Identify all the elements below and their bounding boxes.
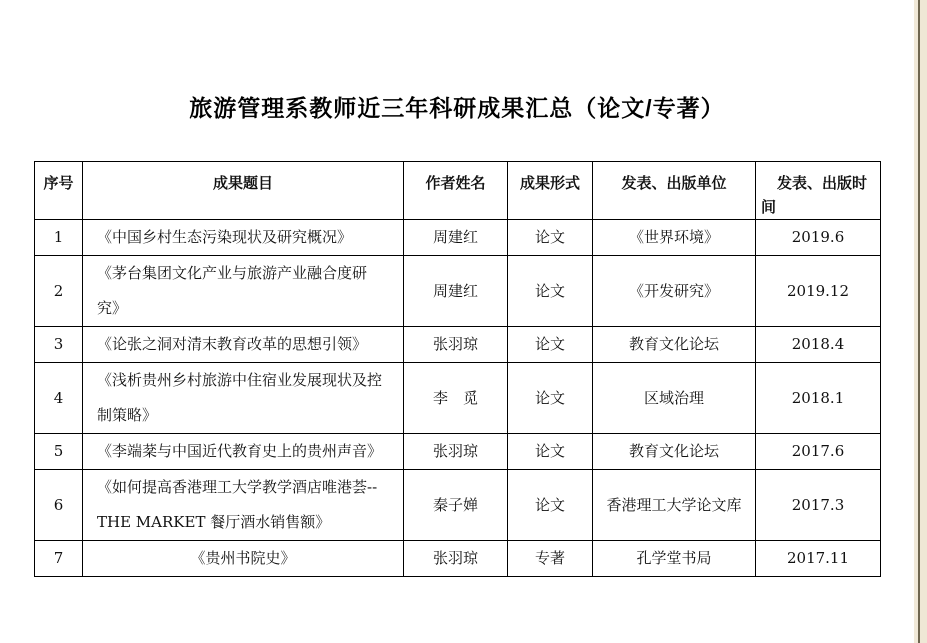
page-edge-strip-light-outer: [920, 0, 927, 643]
cell-title: 《如何提高香港理工大学教学酒店唯港荟--THE MARKET 餐厅酒水销售额》: [83, 470, 404, 541]
cell-publisher: 香港理工大学论文库: [593, 470, 756, 541]
cell-date: 2017.6: [756, 434, 881, 470]
cell-date: 2019.6: [756, 220, 881, 256]
table-row: 4 《浅析贵州乡村旅游中住宿业发展现状及控制策略》 李 觅 论文 区域治理 20…: [35, 363, 881, 434]
cell-date: 2018.4: [756, 327, 881, 363]
table-row: 3 《论张之洞对清末教育改革的思想引领》 张羽琼 论文 教育文化论坛 2018.…: [35, 327, 881, 363]
cell-title: 《浅析贵州乡村旅游中住宿业发展现状及控制策略》: [83, 363, 404, 434]
table-header: 序号 成果题目 作者姓名 成果形式 发表、出版单位 发表、出版时间: [35, 162, 881, 220]
cell-author: 张羽琼: [404, 434, 508, 470]
table-row: 2 《茅台集团文化产业与旅游产业融合度研究》 周建红 论文 《开发研究》 201…: [35, 256, 881, 327]
cell-publisher: 《开发研究》: [593, 256, 756, 327]
cell-author: 秦子婵: [404, 470, 508, 541]
header-form: 成果形式: [508, 162, 593, 220]
cell-author: 张羽琼: [404, 541, 508, 577]
cell-publisher: 教育文化论坛: [593, 434, 756, 470]
cell-form: 专著: [508, 541, 593, 577]
page-title: 旅游管理系教师近三年科研成果汇总（论文/专著）: [0, 90, 914, 123]
research-results-table: 序号 成果题目 作者姓名 成果形式 发表、出版单位 发表、出版时间 1 《中国乡…: [34, 161, 881, 577]
cell-title: 《茅台集团文化产业与旅游产业融合度研究》: [83, 256, 404, 327]
table-row: 1 《中国乡村生态污染现状及研究概况》 周建红 论文 《世界环境》 2019.6: [35, 220, 881, 256]
header-author: 作者姓名: [404, 162, 508, 220]
cell-form: 论文: [508, 256, 593, 327]
cell-date: 2017.11: [756, 541, 881, 577]
cell-form: 论文: [508, 363, 593, 434]
cell-author: 周建红: [404, 256, 508, 327]
cell-title: 《贵州书院史》: [83, 541, 404, 577]
cell-author: 张羽琼: [404, 327, 508, 363]
header-no: 序号: [35, 162, 83, 220]
header-date: 发表、出版时间: [756, 162, 881, 220]
cell-no: 4: [35, 363, 83, 434]
table-row: 6 《如何提高香港理工大学教学酒店唯港荟--THE MARKET 餐厅酒水销售额…: [35, 470, 881, 541]
header-publisher: 发表、出版单位: [593, 162, 756, 220]
cell-date: 2018.1: [756, 363, 881, 434]
cell-author: 李 觅: [404, 363, 508, 434]
cell-no: 1: [35, 220, 83, 256]
cell-no: 3: [35, 327, 83, 363]
header-title: 成果题目: [83, 162, 404, 220]
cell-date: 2017.3: [756, 470, 881, 541]
table-row: 5 《李端棻与中国近代教育史上的贵州声音》 张羽琼 论文 教育文化论坛 2017…: [35, 434, 881, 470]
cell-form: 论文: [508, 220, 593, 256]
cell-form: 论文: [508, 470, 593, 541]
cell-publisher: 区域治理: [593, 363, 756, 434]
table-body: 1 《中国乡村生态污染现状及研究概况》 周建红 论文 《世界环境》 2019.6…: [35, 220, 881, 577]
cell-title: 《中国乡村生态污染现状及研究概况》: [83, 220, 404, 256]
cell-form: 论文: [508, 434, 593, 470]
cell-form: 论文: [508, 327, 593, 363]
cell-publisher: 教育文化论坛: [593, 327, 756, 363]
cell-title: 《论张之洞对清末教育改革的思想引领》: [83, 327, 404, 363]
cell-title: 《李端棻与中国近代教育史上的贵州声音》: [83, 434, 404, 470]
cell-no: 5: [35, 434, 83, 470]
cell-publisher: 《世界环境》: [593, 220, 756, 256]
cell-no: 7: [35, 541, 83, 577]
cell-no: 2: [35, 256, 83, 327]
document-page: 旅游管理系教师近三年科研成果汇总（论文/专著） 序号 成果题目 作者姓名 成果形…: [0, 0, 914, 643]
cell-author: 周建红: [404, 220, 508, 256]
cell-no: 6: [35, 470, 83, 541]
table-row: 7 《贵州书院史》 张羽琼 专著 孔学堂书局 2017.11: [35, 541, 881, 577]
header-row: 序号 成果题目 作者姓名 成果形式 发表、出版单位 发表、出版时间: [35, 162, 881, 220]
cell-publisher: 孔学堂书局: [593, 541, 756, 577]
cell-date: 2019.12: [756, 256, 881, 327]
